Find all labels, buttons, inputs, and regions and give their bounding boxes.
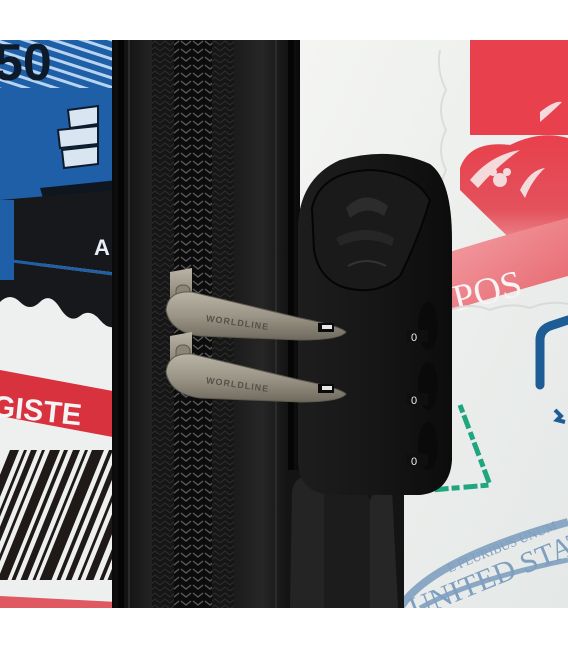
stamp-partial-letter: A bbox=[94, 235, 110, 260]
dial-2[interactable]: 0 bbox=[411, 395, 417, 407]
dial-3[interactable]: 0 bbox=[411, 456, 417, 468]
stamp-number: 50 bbox=[0, 40, 52, 92]
dial-1[interactable]: 0 bbox=[411, 332, 417, 344]
suitcase-photo: 50 A GISTE bbox=[0, 40, 568, 608]
dial-wheels bbox=[418, 302, 438, 470]
